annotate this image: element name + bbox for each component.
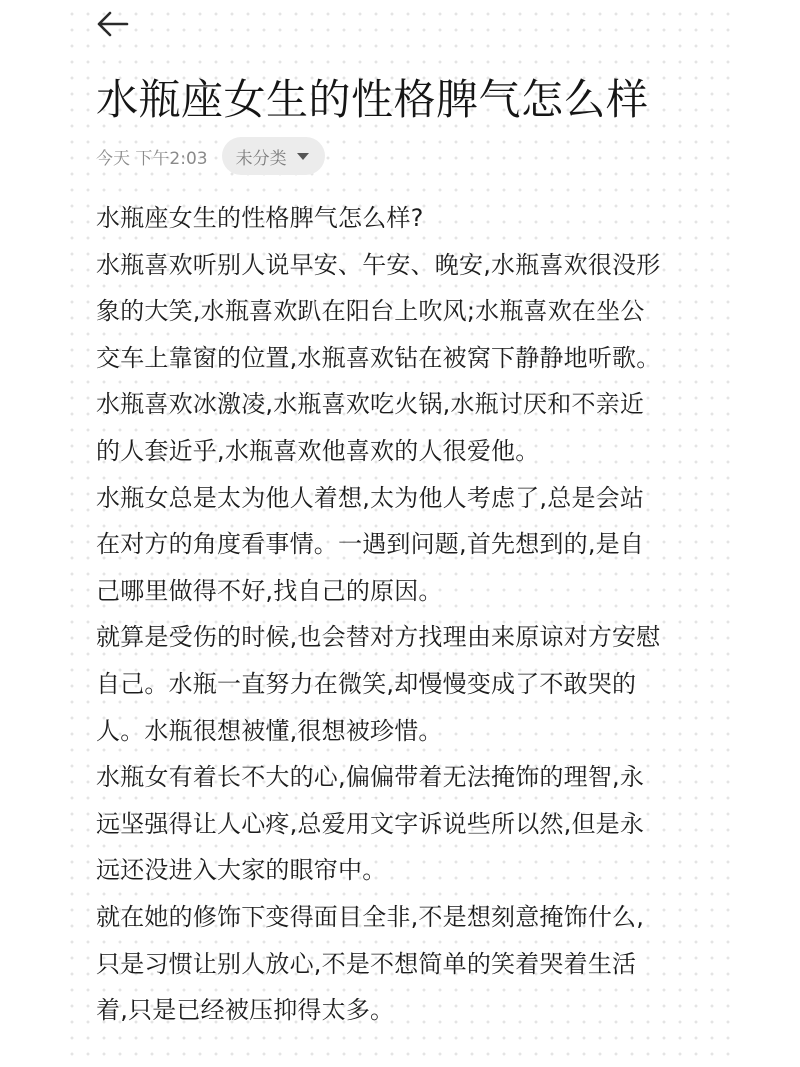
body-line: 的人套近乎,水瓶喜欢他喜欢的人很爱他。 [96,428,716,475]
body-line: 交车上靠窗的位置,水瓶喜欢钻在被窝下静静地听歌。 [96,335,716,382]
body-line: 己哪里做得不好,找自己的原因。 [96,568,716,615]
body-line: 在对方的角度看事情。一遇到问题,首先想到的,是自 [96,521,716,568]
body-line: 远坚强得让人心疼,总爱用文字诉说些所以然,但是永 [96,801,716,848]
body-line: 水瓶座女生的性格脾气怎么样? [96,195,716,242]
body-line: 远还没进入大家的眼帘中。 [96,847,716,894]
note-body[interactable]: 水瓶座女生的性格脾气怎么样? 水瓶喜欢听别人说早安、午安、晚安,水瓶喜欢很没形 … [96,195,716,1034]
caret-down-icon [297,153,309,160]
category-label: 未分类 [236,144,287,169]
arrow-left-icon [95,6,135,42]
body-line: 象的大笑,水瓶喜欢趴在阳台上吹风;水瓶喜欢在坐公 [96,288,716,335]
body-line: 就在她的修饰下变得面目全非,不是想刻意掩饰什么, [96,894,716,941]
category-dropdown[interactable]: 未分类 [222,137,325,175]
note-meta: 今天 下午2:03 未分类 [96,136,325,176]
back-button[interactable] [95,6,135,42]
body-line: 自己。水瓶一直努力在微笑,却慢慢变成了不敢哭的 [96,661,716,708]
note-title[interactable]: 水瓶座女生的性格脾气怎么样 [96,70,649,130]
note-timestamp: 今天 下午2:03 [96,144,208,169]
body-line: 就算是受伤的时候,也会替对方找理由来原谅对方安慰 [96,614,716,661]
body-line: 人。水瓶很想被懂,很想被珍惜。 [96,708,716,755]
body-line: 水瓶女总是太为他人着想,太为他人考虑了,总是会站 [96,475,716,522]
body-line: 水瓶女有着长不大的心,偏偏带着无法掩饰的理智,永 [96,754,716,801]
body-line: 着,只是已经被压抑得太多。 [96,987,716,1034]
body-line: 水瓶喜欢冰激凌,水瓶喜欢吃火锅,水瓶讨厌和不亲近 [96,381,716,428]
body-line: 只是习惯让别人放心,不是不想简单的笑着哭着生活 [96,941,716,988]
body-line: 水瓶喜欢听别人说早安、午安、晚安,水瓶喜欢很没形 [96,242,716,289]
